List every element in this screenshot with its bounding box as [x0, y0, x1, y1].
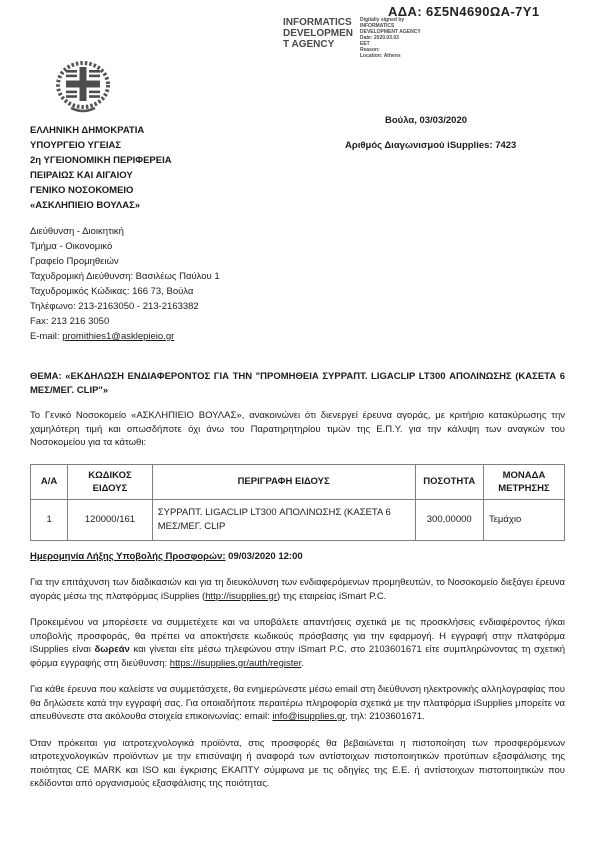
cell-description: ΣΥΡΡΑΠΤ. LIGACLIP LT300 ΑΠΟΛΙΝΩΣΗΣ (ΚΑΣΕ… [152, 499, 415, 540]
paragraph-isupplies-platform: Για την επιτάχυνση των διαδικασιών και γ… [30, 576, 565, 603]
col-header-description: ΠΕΡΙΓΡΑΦΗ ΕΙΔΟΥΣ [152, 464, 415, 499]
org-line: «ΑΣΚΛΗΠΙΕΙΟ ΒΟΥΛΑΣ» [30, 198, 172, 213]
org-line: ΥΠΟΥΡΓΕΙΟ ΥΓΕΙΑΣ [30, 138, 172, 153]
contact-line: Διεύθυνση - Διοικητική [30, 224, 565, 239]
items-table: Α/Α ΚΩΔΙΚΟΣ ΕΙΔΟΥΣ ΠΕΡΙΓΡΑΦΗ ΕΙΔΟΥΣ ΠΟΣΟ… [30, 464, 565, 541]
isupplies-email-link[interactable]: info@isupplies.gr [272, 711, 345, 722]
stamp-agency-name: INFORMATICS DEVELOPMEN T AGENCY [283, 17, 355, 59]
org-line: ΕΛΛΗΝΙΚΗ ΔΗΜΟΚΡΑΤΙΑ [30, 123, 172, 138]
paragraph-registration: Προκειμένου να μπορέσετε να συμμετέχετε … [30, 616, 565, 670]
org-line: ΓΕΝΙΚΟ ΝΟΣΟΚΟΜΕΙΟ [30, 183, 172, 198]
intro-paragraph: Το Γενικό Νοσοκομείο «ΑΣΚΛΗΠΙΕΙΟ ΒΟΥΛΑΣ»… [30, 409, 565, 450]
org-line: 2η ΥΓΕΙΟΝΟΜΙΚΗ ΠΕΡΙΦΕΡΕΙΑ [30, 153, 172, 168]
col-header-quantity: ΠΟΣΟΤΗΤΑ [415, 464, 483, 499]
org-line: ΠΕΙΡΑΙΩΣ ΚΑΙ ΑΙΓΑΙΟΥ [30, 168, 172, 183]
col-header-unit: ΜΟΝΑΔΑ ΜΕΤΡΗΣΗΣ [483, 464, 564, 499]
document-body: Διεύθυνση - Διοικητική Τμήμα - Οικονομικ… [30, 224, 565, 791]
contact-details: Διεύθυνση - Διοικητική Τμήμα - Οικονομικ… [30, 224, 565, 344]
contest-number: Αριθμός Διαγωνισμού iSupplies: 7423 [345, 139, 516, 153]
contact-email-line: E-mail: promithies1@asklepieio.gr [30, 329, 565, 344]
col-header-aa: Α/Α [31, 464, 68, 499]
table-row: 1 120000/161 ΣΥΡΡΑΠΤ. LIGACLIP LT300 ΑΠΟ… [31, 499, 565, 540]
cell-aa: 1 [31, 499, 68, 540]
stamp-signature-details: Digitally signed by INFORMATICS DEVELOPM… [360, 17, 421, 59]
deadline-value: 09/03/2020 12:00 [226, 551, 303, 562]
place-and-date: Βούλα, 03/03/2020 [385, 114, 467, 128]
contact-line: Ταχυδρομική Διεύθυνση: Βασιλέως Παύλου 1 [30, 269, 565, 284]
contact-line: Γραφείο Προμηθειών [30, 254, 565, 269]
table-header-row: Α/Α ΚΩΔΙΚΟΣ ΕΙΔΟΥΣ ΠΕΡΙΓΡΑΦΗ ΕΙΔΟΥΣ ΠΟΣΟ… [31, 464, 565, 499]
hospital-email-link[interactable]: promithies1@asklepieio.gr [62, 331, 174, 342]
paragraph-notifications: Για κάθε έρευνα που καλείστε να συμμετάσ… [30, 683, 565, 724]
digital-signature-stamp: INFORMATICS DEVELOPMEN T AGENCY Digitall… [283, 17, 421, 59]
cell-code: 120000/161 [68, 499, 153, 540]
contact-line: Τηλέφωνο: 213-2163050 - 213-2163382 [30, 299, 565, 314]
submission-deadline: Ημερομηνία Λήξης Υποβολής Προσφορών: 09/… [30, 550, 565, 564]
col-header-code: ΚΩΔΙΚΟΣ ΕΙΔΟΥΣ [68, 464, 153, 499]
paragraph-certifications: Όταν πρόκειται για ιατροτεχνολογικά προϊ… [30, 737, 565, 791]
document-page: ΑΔΑ: 6Σ5Ν4690ΩΑ-7Υ1 INFORMATICS DEVELOPM… [0, 0, 595, 842]
contact-line: Τμήμα - Οικονομικό [30, 239, 565, 254]
isupplies-site-link[interactable]: http://isupplies.gr [205, 591, 277, 602]
cell-unit: Τεμάχιο [483, 499, 564, 540]
cell-quantity: 300,00000 [415, 499, 483, 540]
isupplies-register-link[interactable]: https://isupplies.gr/auth/register [170, 658, 302, 669]
organization-header: ΕΛΛΗΝΙΚΗ ΔΗΜΟΚΡΑΤΙΑ ΥΠΟΥΡΓΕΙΟ ΥΓΕΙΑΣ 2η … [30, 123, 172, 213]
email-label: E-mail: [30, 331, 62, 342]
subject-text: «ΕΚΔΗΛΩΣΗ ΕΝΔΙΑΦΕΡΟΝΤΟΣ ΓΙΑ ΤΗΝ "ΠΡΟΜΗΘΕ… [30, 371, 565, 396]
contact-line: Fax: 213 216 3050 [30, 314, 565, 329]
greek-coat-of-arms-icon [53, 60, 113, 114]
free-of-charge-emphasis: δωρεάν [95, 644, 130, 655]
subject-label: ΘΕΜΑ: [30, 371, 62, 382]
deadline-label: Ημερομηνία Λήξης Υποβολής Προσφορών: [30, 551, 226, 562]
contact-line: Ταχυδρομικός Κώδικας: 166 73, Βούλα [30, 284, 565, 299]
subject-line: ΘΕΜΑ: «ΕΚΔΗΛΩΣΗ ΕΝΔΙΑΦΕΡΟΝΤΟΣ ΓΙΑ ΤΗΝ "Π… [30, 370, 565, 397]
